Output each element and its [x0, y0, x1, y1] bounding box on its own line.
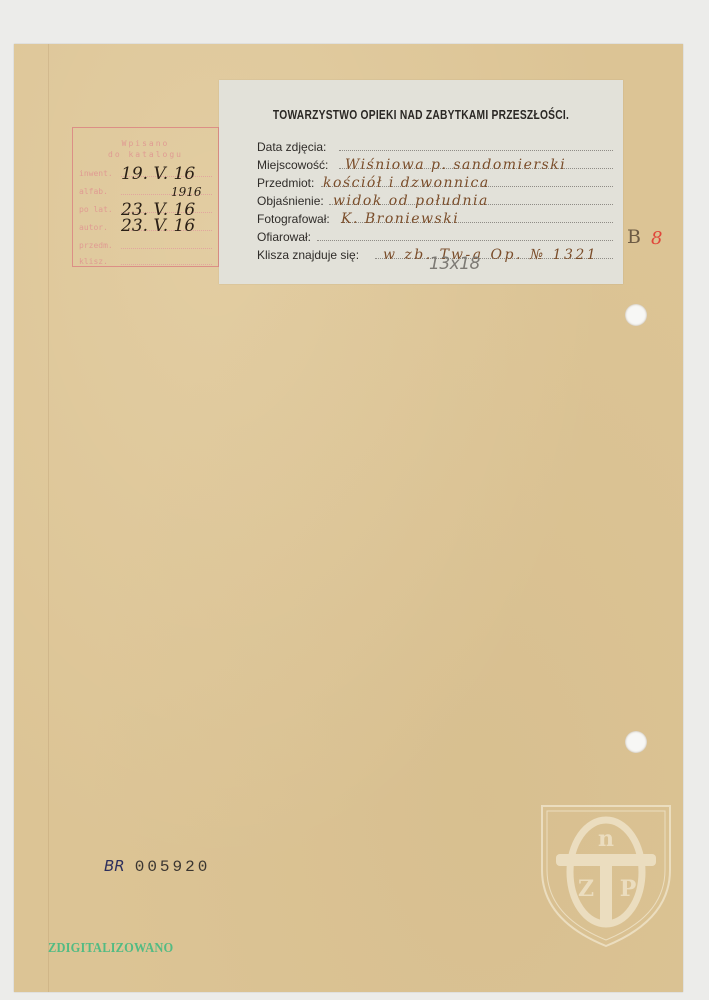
svg-text:Z: Z	[578, 876, 594, 902]
margin-mark-b: B	[627, 226, 641, 248]
subject-value: kościół i dzwonnica	[323, 175, 490, 191]
svg-text:P: P	[620, 876, 637, 902]
photographer-value: K. Broniewski	[341, 211, 459, 227]
stamp-handwritten-date: 19. V. 16	[121, 164, 195, 184]
svg-text:n: n	[598, 826, 614, 852]
red-pencil-mark: 8	[651, 228, 662, 249]
stamp-handwritten-date: 23. V. 16	[121, 216, 195, 236]
punch-hole	[625, 304, 647, 326]
punch-hole	[625, 731, 647, 753]
paper-fold-line	[48, 44, 49, 992]
stamp-row: przedm.	[79, 238, 212, 252]
stamp-handwritten-year: 1916	[171, 185, 202, 199]
location-value: Wiśniowa p. sandomierski	[345, 157, 566, 173]
plate-size-note: 13x18	[429, 254, 480, 274]
field-location: Miejscowość: Wiśniowa p. sandomierski	[257, 154, 613, 172]
field-photographer: Fotografował: K. Broniewski	[257, 208, 613, 226]
digitized-stamp: ZDIGITALIZOWANO	[48, 940, 173, 956]
stamp-header-2: do katalogu	[73, 149, 218, 160]
society-label-card: TOWARZYSTWO OPIEKI NAD ZABYTKAMI PRZESZŁ…	[219, 80, 623, 284]
field-donor: Ofiarował:	[257, 226, 613, 244]
inventory-digits: 005920	[135, 858, 211, 876]
inventory-prefix: BR	[104, 857, 125, 875]
stamp-row: klisz.	[79, 254, 212, 268]
catalogue-stamp: Wpisano do katalogu inwent. alfab. po la…	[72, 127, 219, 267]
field-subject: Przedmiot: kościół i dzwonnica	[257, 172, 613, 190]
inventory-number: BR005920	[104, 857, 210, 876]
society-title: TOWARZYSTWO OPIEKI NAD ZABYTKAMI PRZESZŁ…	[255, 108, 586, 122]
description-value: widok od południa	[333, 193, 489, 209]
tozp-shield-logo-icon: n Z P	[538, 800, 674, 950]
field-date: Data zdjęcia:	[257, 136, 613, 154]
field-description: Objaśnienie: widok od południa	[257, 190, 613, 208]
negative-location-value: w zb. Tw-a Op. № 1321	[383, 247, 598, 263]
stamp-header-1: Wpisano	[73, 138, 218, 149]
